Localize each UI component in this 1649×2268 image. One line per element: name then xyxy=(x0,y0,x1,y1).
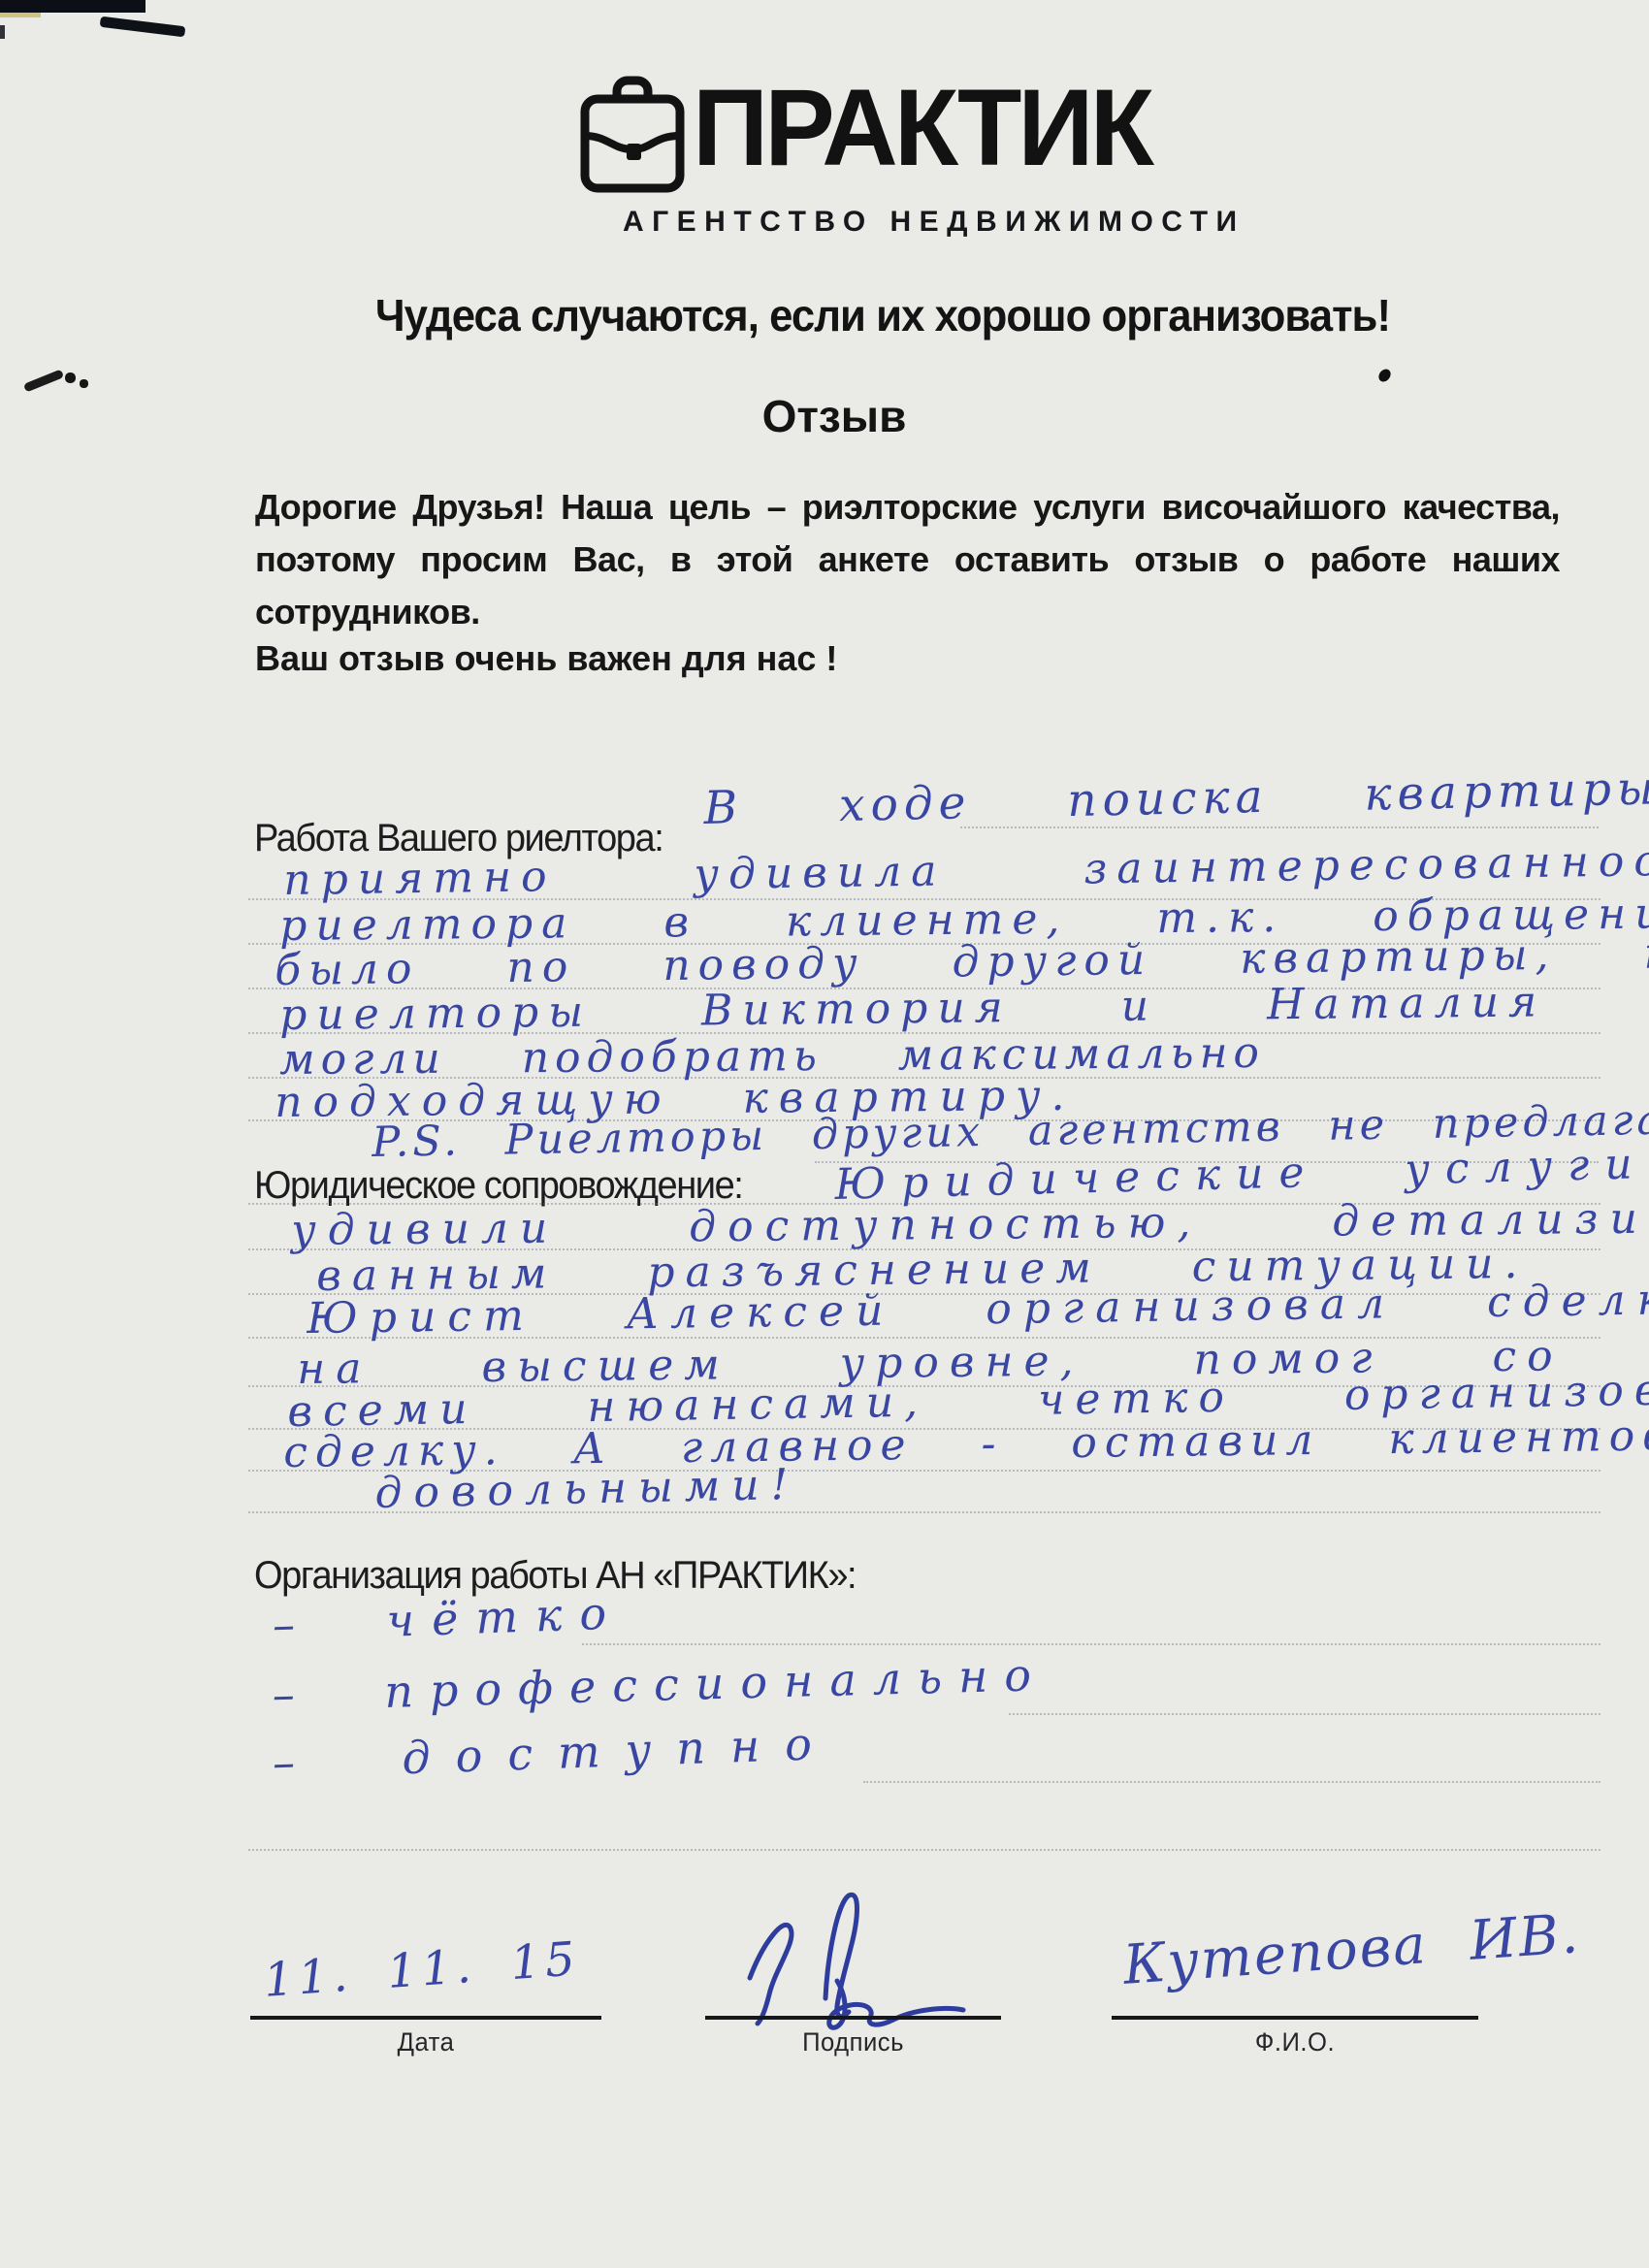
slogan-headline: Чудеса случаются, если их хорошо организ… xyxy=(145,289,1620,341)
signature-scribble xyxy=(713,1886,985,2031)
handwritten-line: В ходе поиска квартиры, xyxy=(703,761,1649,835)
handwritten-name: Кутепова ИВ. xyxy=(1121,1902,1582,1997)
handwritten-bullet: – доступно xyxy=(272,1717,838,1789)
scan-artifact-dot xyxy=(80,379,88,388)
name-signature-line xyxy=(1112,2016,1478,2020)
intro-paragraph: Дорогие Друзья! Наша цель – риэлторские … xyxy=(255,481,1560,638)
field-label-legal-support: Юридическое сопровождение: xyxy=(254,1164,742,1208)
signature-label: Подпись xyxy=(713,2027,994,2057)
brand-name: ПРАКТИК xyxy=(693,74,1150,182)
brand-subtitle: АГЕНТСТВО НЕДВИЖИМОСТИ xyxy=(623,206,1245,239)
form-title: Отзыв xyxy=(107,390,1562,442)
date-label: Дата xyxy=(259,2027,593,2057)
scan-artifact-dot xyxy=(1376,367,1393,384)
briefcase-icon xyxy=(578,72,687,194)
scan-artifact-dot xyxy=(65,373,76,383)
scan-artifact-dash xyxy=(100,16,186,38)
scan-artifact-pen-stroke xyxy=(23,369,64,392)
signature-line xyxy=(705,2016,1001,2020)
scan-artifact-gold-strip xyxy=(0,13,41,17)
name-label: Ф.И.О. xyxy=(1120,2027,1469,2057)
handwritten-line: довольными! xyxy=(374,1460,800,1518)
dotted-writing-line xyxy=(582,1643,1600,1645)
scan-artifact-edge-nub xyxy=(0,25,5,39)
date-signature-line xyxy=(250,2016,601,2020)
handwritten-bullet: – профессионально xyxy=(272,1648,1049,1721)
handwritten-bullet: – чётко xyxy=(272,1586,625,1651)
scanned-feedback-form: ПРАКТИК АГЕНТСТВО НЕДВИЖИМОСТИ Чудеса сл… xyxy=(0,0,1649,2268)
scan-artifact-corner-bar xyxy=(0,0,145,13)
dotted-writing-line xyxy=(1009,1713,1600,1715)
importance-note: Ваш отзыв очень важен для нас ! xyxy=(255,638,837,679)
handwritten-date: 11. 11. 15 xyxy=(262,1931,581,2008)
dotted-writing-line xyxy=(863,1781,1600,1783)
dotted-writing-line xyxy=(248,1849,1600,1851)
